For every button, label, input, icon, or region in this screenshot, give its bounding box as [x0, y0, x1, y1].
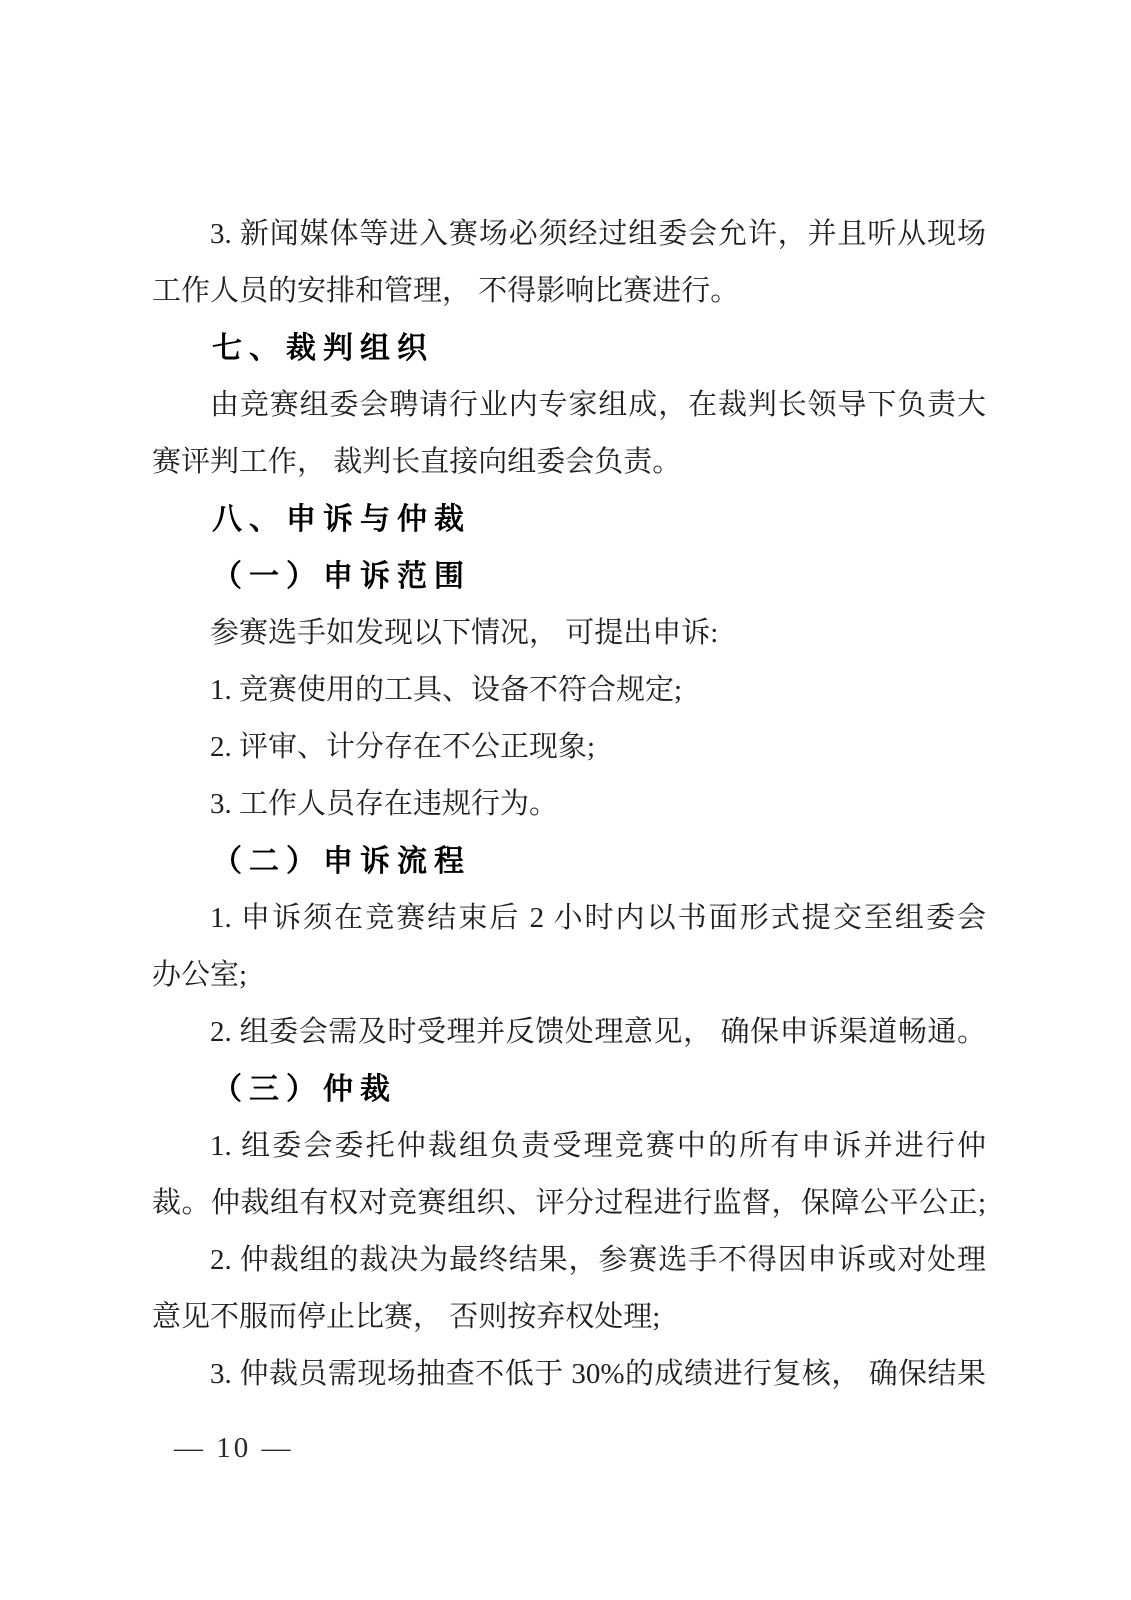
- subsection-heading-appeal-scope: （一）申诉范围: [152, 548, 986, 605]
- body-line-referee-desc-cont: 赛评判工作， 裁判长直接向组委会负责。: [152, 434, 986, 491]
- body-line-appeal-item-1: 1. 竞赛使用的工具、设备不符合规定;: [152, 662, 986, 719]
- body-line-appeal-item-2: 2. 评审、计分存在不公正现象;: [152, 719, 986, 776]
- page-footer: — 10 —: [174, 1428, 294, 1468]
- body-line-appeal-intro: 参赛选手如发现以下情况， 可提出申诉:: [152, 605, 986, 662]
- body-line-arbitration-item-3: 3. 仲裁员需现场抽查不低于 30%的成绩进行复核， 确保结果: [152, 1346, 986, 1403]
- body-line-media-rule: 3. 新闻媒体等进入赛场必须经过组委会允许，并且听从现场: [152, 206, 986, 263]
- body-line-arbitration-item-2-cont: 意见不服而停止比赛， 否则按弃权处理;: [152, 1289, 986, 1346]
- section-heading-appeal-arbitration: 八、申诉与仲裁: [152, 491, 986, 548]
- body-line-media-rule-cont: 工作人员的安排和管理， 不得影响比赛进行。: [152, 263, 986, 320]
- document-page: 3. 新闻媒体等进入赛场必须经过组委会允许，并且听从现场 工作人员的安排和管理，…: [0, 0, 1131, 1600]
- subsection-heading-arbitration: （三）仲裁: [152, 1061, 986, 1118]
- body-line-appeal-item-3: 3. 工作人员存在违规行为。: [152, 776, 986, 833]
- body-line-arbitration-item-2: 2. 仲裁组的裁决为最终结果，参赛选手不得因申诉或对处理: [152, 1232, 986, 1289]
- body-line-referee-desc: 由竞赛组委会聘请行业内专家组成，在裁判长领导下负责大: [152, 377, 986, 434]
- subsection-heading-appeal-process: （二）申诉流程: [152, 833, 986, 890]
- document-body: 3. 新闻媒体等进入赛场必须经过组委会允许，并且听从现场 工作人员的安排和管理，…: [152, 206, 986, 1403]
- section-heading-referee-organization: 七、裁判组织: [152, 320, 986, 377]
- body-line-process-item-1-cont: 办公室;: [152, 947, 986, 1004]
- body-line-process-item-2: 2. 组委会需及时受理并反馈处理意见， 确保申诉渠道畅通。: [152, 1004, 986, 1061]
- page-number: — 10 —: [174, 1432, 294, 1464]
- body-line-process-item-1: 1. 申诉须在竞赛结束后 2 小时内以书面形式提交至组委会: [152, 890, 986, 947]
- body-line-arbitration-item-1-cont: 裁。仲裁组有权对竞赛组织、评分过程进行监督，保障公平公正;: [152, 1175, 986, 1232]
- body-line-arbitration-item-1: 1. 组委会委托仲裁组负责受理竞赛中的所有申诉并进行仲: [152, 1118, 986, 1175]
